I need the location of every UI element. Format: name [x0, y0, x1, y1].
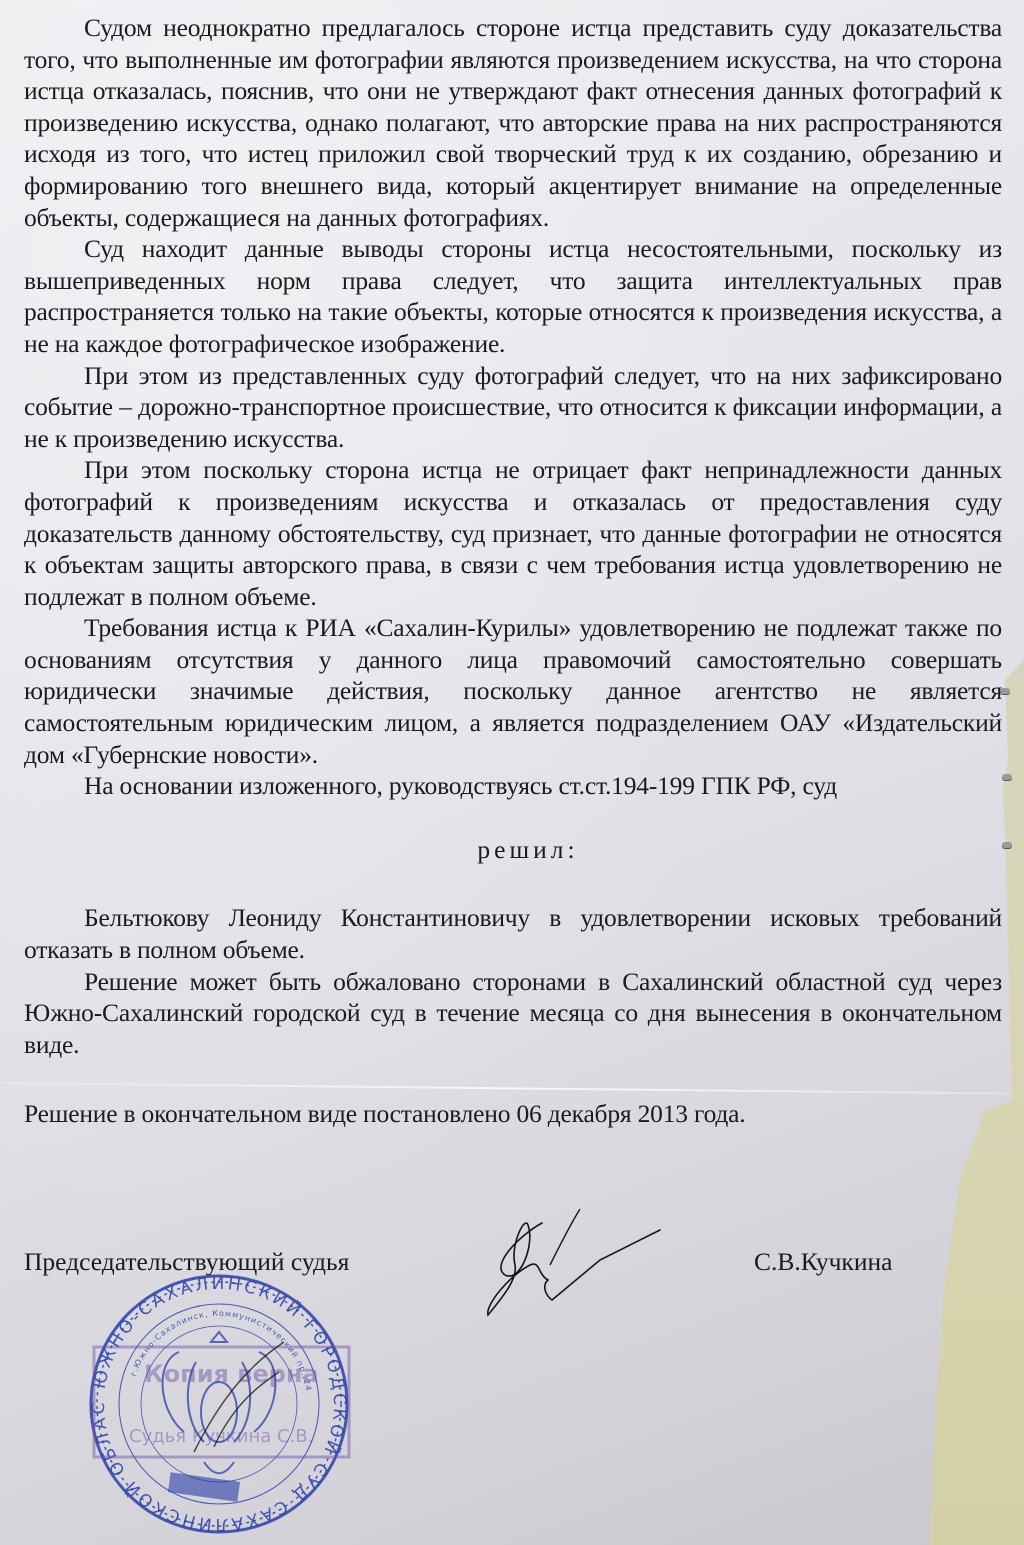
final-date-line: Решение в окончательном виде постановлен… [24, 1098, 1002, 1130]
paragraph: Судом неоднократно предлагалось стороне … [24, 12, 1002, 233]
document-body: Судом неоднократно предлагалось стороне … [24, 12, 1002, 1130]
staple-mark [1002, 842, 1012, 848]
decision-heading: решил: [24, 834, 1002, 866]
paragraph: При этом из представленных суду фотограф… [24, 360, 1002, 455]
paragraph: Суд находит данные выводы стороны истца … [24, 233, 1002, 359]
paragraph: Требования истца к РИА «Сахалин-Курилы» … [24, 612, 1002, 770]
decision-paragraph: Бельтюкову Леониду Константиновичу в удо… [24, 902, 1002, 965]
svg-text:Копия верна: Копия верна [144, 1360, 319, 1388]
decision-paragraph: Решение может быть обжаловано сторонами … [24, 966, 1002, 1061]
handwritten-signature [480, 1205, 670, 1320]
svg-text:Судья Кучкина С.В.: Судья Кучкина С.В. [129, 1426, 313, 1447]
staple-mark [1002, 774, 1012, 780]
paragraph: При этом поскольку сторона истца не отри… [24, 454, 1002, 612]
court-seal-stamp: ЮЖНО-САХАЛИНСКИЙ ГОРОДСКОЙ СУД САХАЛИНСК… [84, 1272, 354, 1537]
judge-name: С.В.Кучкина [754, 1247, 892, 1277]
paragraph: На основании изложенного, руководствуясь… [24, 770, 1002, 802]
